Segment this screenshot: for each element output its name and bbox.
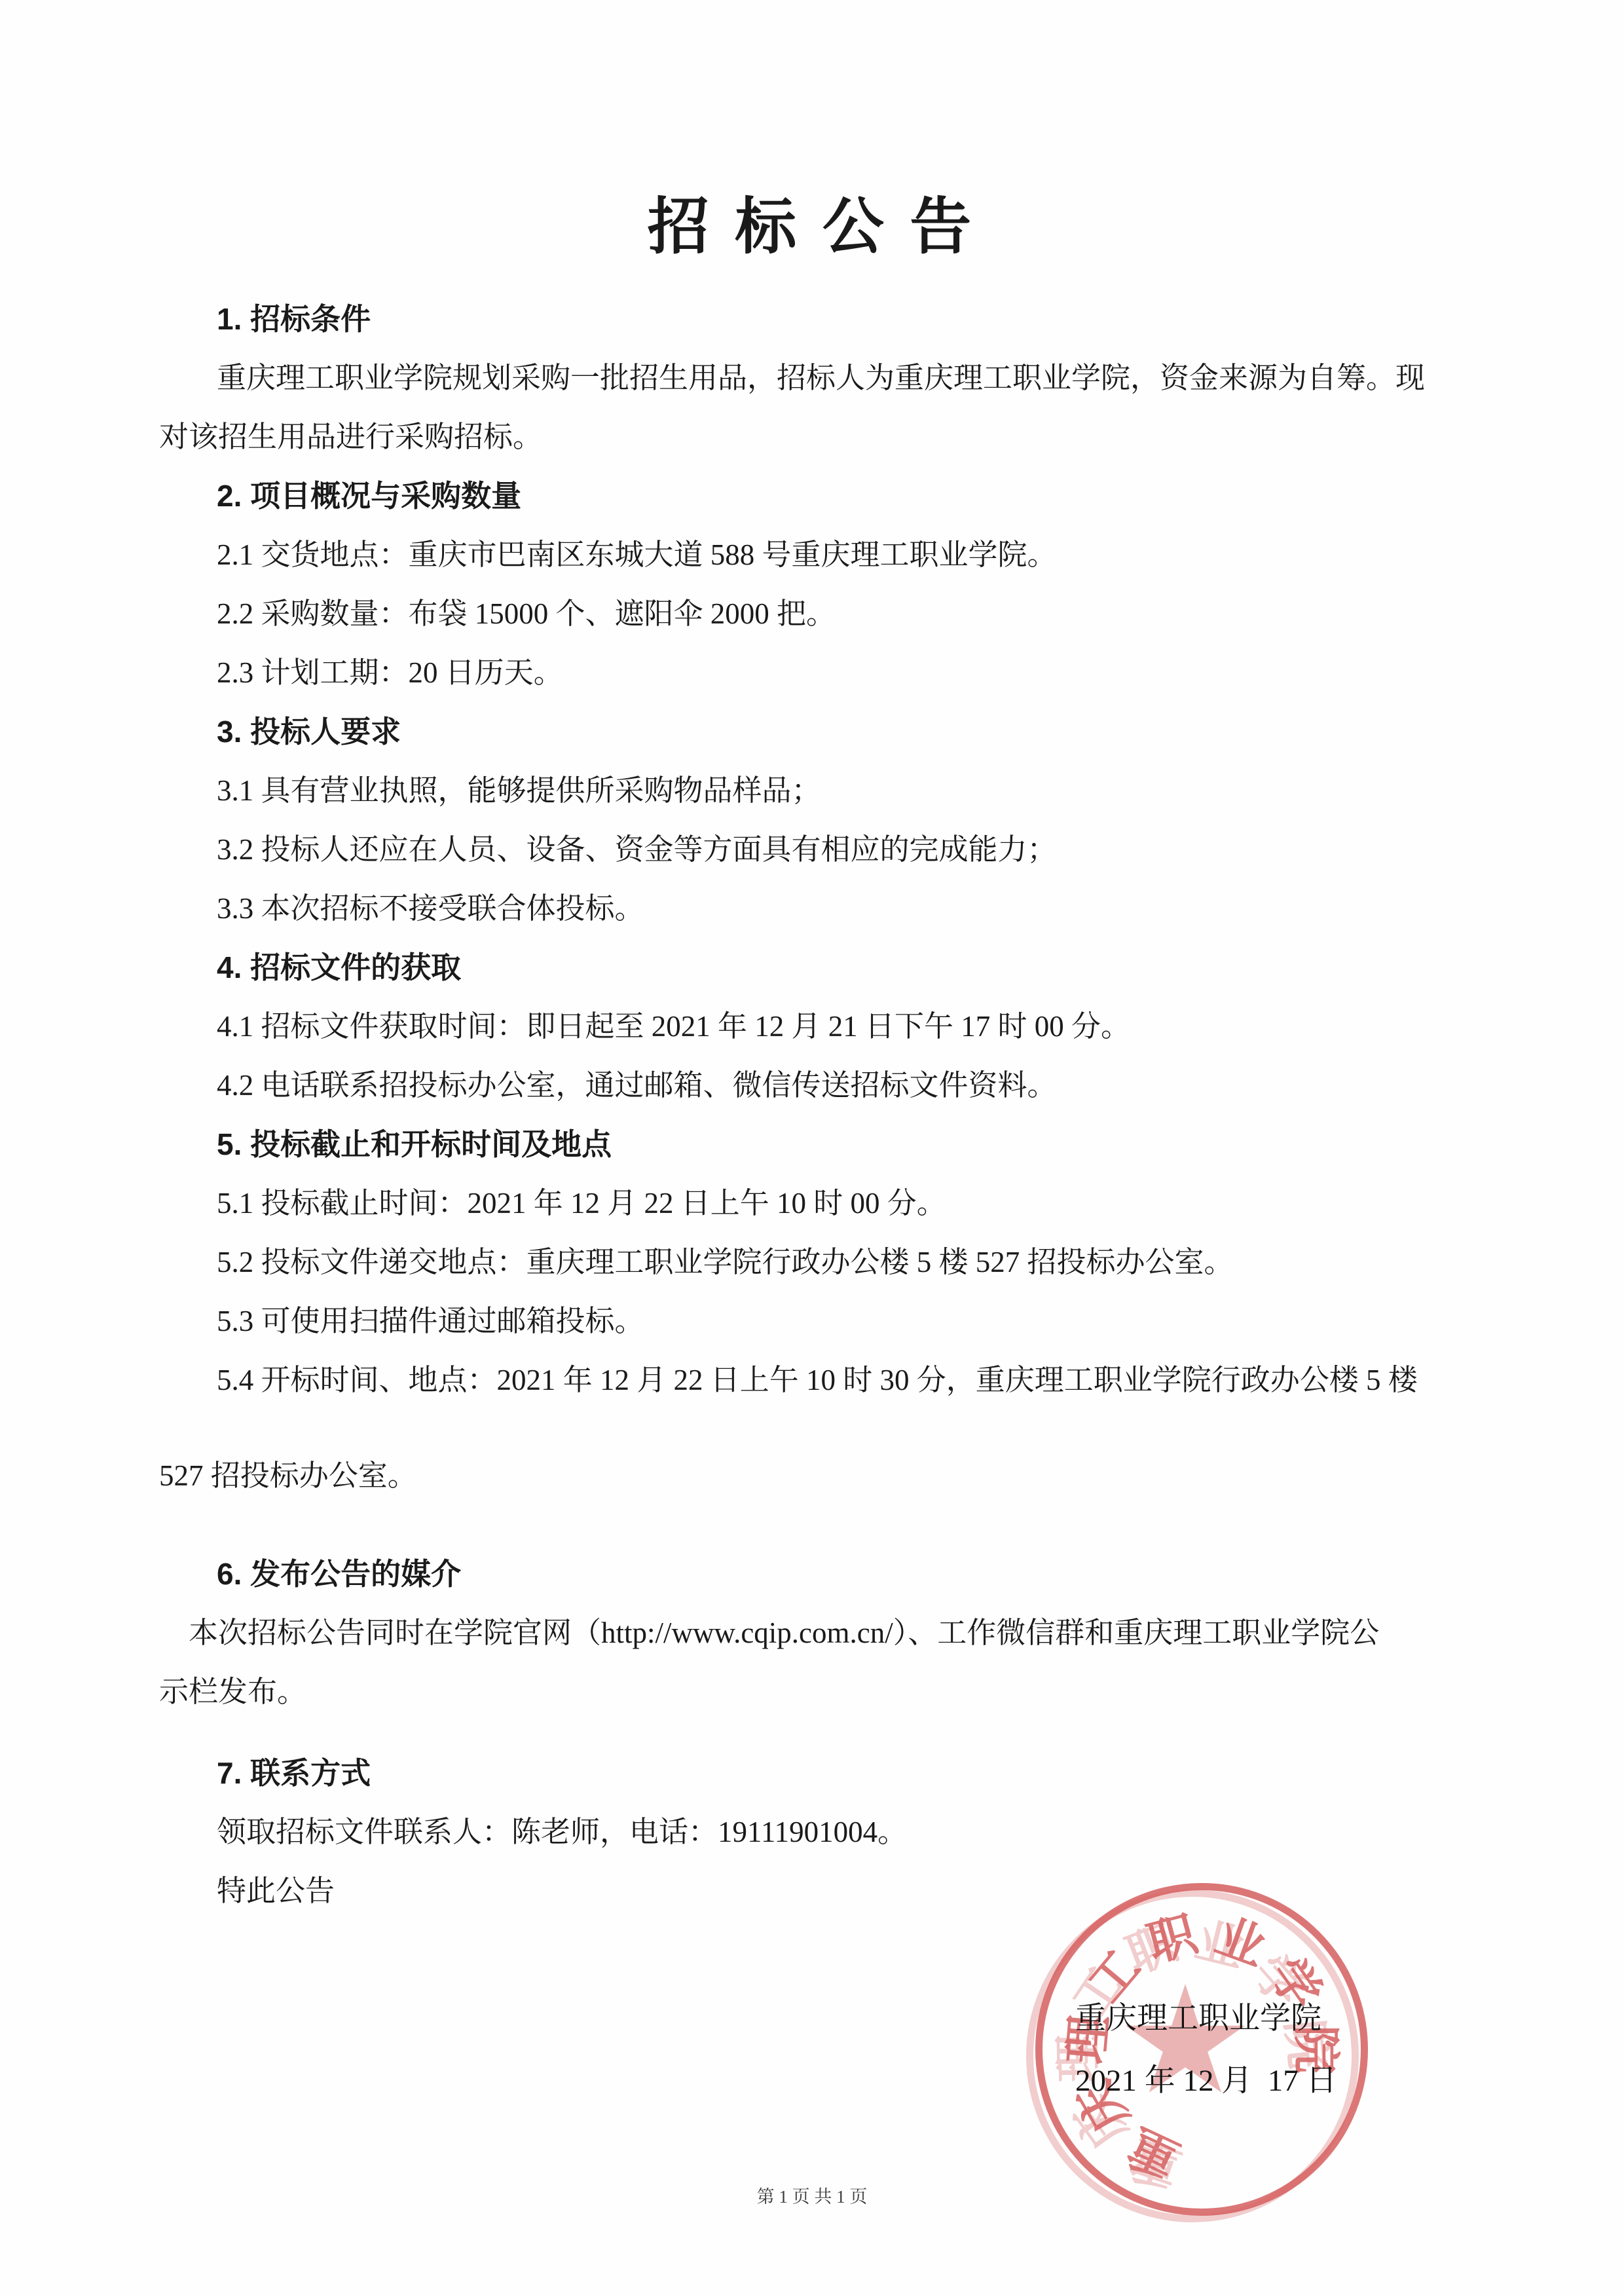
- paragraph-line: 领取招标文件联系人：陈老师，电话：19111901004。: [159, 1802, 1465, 1861]
- paragraph-line: 5.3 可使用扫描件通过邮箱投标。: [159, 1292, 1465, 1351]
- paragraph-line: 3.1 具有营业执照，能够提供所采购物品样品；: [159, 761, 1465, 820]
- section-3: 3. 投标人要求 3.1 具有营业执照，能够提供所采购物品样品； 3.2 投标人…: [159, 702, 1465, 938]
- paragraph-line: 2.1 交货地点：重庆市巴南区东城大道 588 号重庆理工职业学院。: [159, 525, 1465, 584]
- section-4: 4. 招标文件的获取 4.1 招标文件获取时间：即日起至 2021 年 12 月…: [159, 938, 1465, 1115]
- paragraph-line: 2.2 采购数量：布袋 15000 个、遮阳伞 2000 把。: [159, 584, 1465, 643]
- section-heading: 3. 投标人要求: [159, 702, 1465, 761]
- signature-date: 2021 年 12 月 17 日: [1075, 2050, 1337, 2112]
- paragraph-line: 对该招生用品进行采购招标。: [159, 407, 1465, 466]
- document-page: 招 标 公 告 1. 招标条件 重庆理工职业学院规划采购一批招生用品，招标人为重…: [0, 0, 1624, 2295]
- page-footer: 第 1 页 共 1 页: [0, 2186, 1624, 2207]
- document-content: 招 标 公 告 1. 招标条件 重庆理工职业学院规划采购一批招生用品，招标人为重…: [159, 0, 1465, 1920]
- section-heading: 6. 发布公告的媒介: [159, 1544, 1465, 1603]
- section-heading: 5. 投标截止和开标时间及地点: [159, 1115, 1465, 1174]
- paragraph-line: 2.3 计划工期：20 日历天。: [159, 643, 1465, 702]
- section-heading: 1. 招标条件: [159, 289, 1465, 348]
- section-2: 2. 项目概况与采购数量 2.1 交货地点：重庆市巴南区东城大道 588 号重庆…: [159, 466, 1465, 702]
- paragraph-line: 5.1 投标截止时间：2021 年 12 月 22 日上午 10 时 00 分。: [159, 1174, 1465, 1233]
- paragraph-line: 4.2 电话联系招投标办公室，通过邮箱、微信传送招标文件资料。: [159, 1056, 1465, 1115]
- section-1: 1. 招标条件 重庆理工职业学院规划采购一批招生用品，招标人为重庆理工职业学院，…: [159, 289, 1465, 466]
- paragraph-line: 示栏发布。: [159, 1662, 1465, 1721]
- signature-block: 重庆理工职业学院 2021 年 12 月 17 日: [1075, 1988, 1337, 2112]
- paragraph-line: 重庆理工职业学院规划采购一批招生用品，招标人为重庆理工职业学院，资金来源为自筹。…: [159, 348, 1465, 407]
- paragraph-line: 4.1 招标文件获取时间：即日起至 2021 年 12 月 21 日下午 17 …: [159, 997, 1465, 1056]
- paragraph-line: 527 招投标办公室。: [159, 1446, 1465, 1505]
- section-heading: 7. 联系方式: [159, 1744, 1465, 1802]
- paragraph-line: 5.4 开标时间、地点：2021 年 12 月 22 日上午 10 时 30 分…: [159, 1351, 1465, 1409]
- page-title: 招 标 公 告: [159, 191, 1465, 263]
- section-heading: 2. 项目概况与采购数量: [159, 466, 1465, 525]
- section-6: 6. 发布公告的媒介 本次招标公告同时在学院官网（http://www.cqip…: [159, 1544, 1465, 1721]
- section-5: 5. 投标截止和开标时间及地点 5.1 投标截止时间：2021 年 12 月 2…: [159, 1115, 1465, 1505]
- section-heading: 4. 招标文件的获取: [159, 938, 1465, 997]
- paragraph-line: 3.2 投标人还应在人员、设备、资金等方面具有相应的完成能力；: [159, 820, 1465, 879]
- paragraph-line: 5.2 投标文件递交地点：重庆理工职业学院行政办公楼 5 楼 527 招投标办公…: [159, 1233, 1465, 1292]
- paragraph-line: 本次招标公告同时在学院官网（http://www.cqip.com.cn/）、工…: [159, 1603, 1465, 1662]
- signature-org: 重庆理工职业学院: [1075, 1988, 1337, 2050]
- paragraph-line: 3.3 本次招标不接受联合体投标。: [159, 879, 1465, 938]
